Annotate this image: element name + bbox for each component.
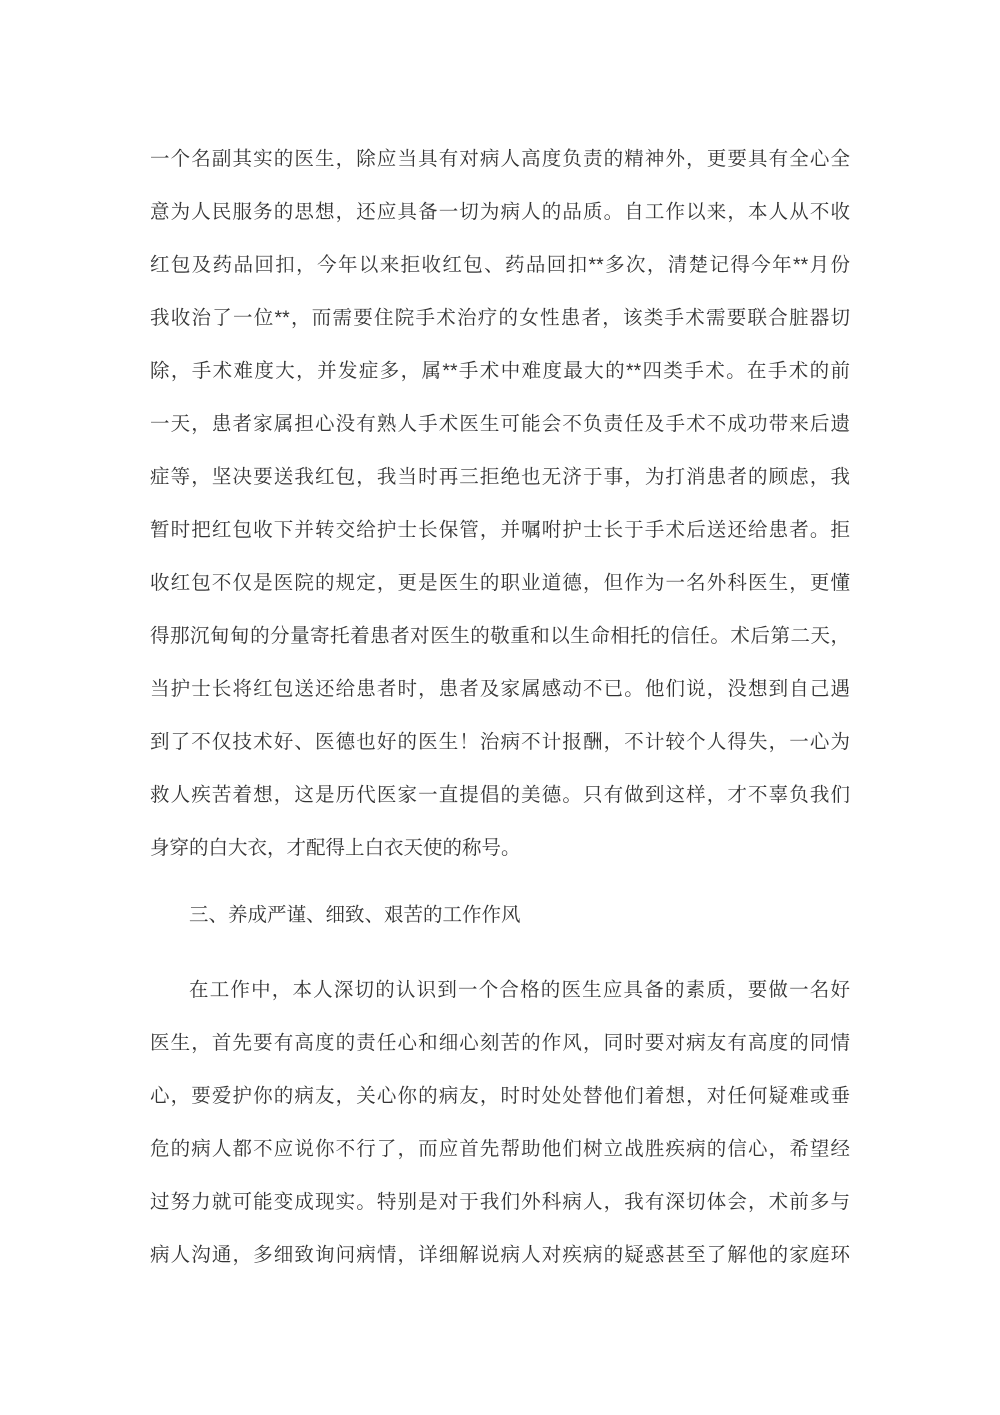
text-line: 当护士长将红包送还给患者时，患者及家属感动不已。他们说，没想到自己遇 — [150, 663, 850, 716]
text-line: 过努力就可能变成现实。特别是对于我们外科病人，我有深切体会，术前多与 — [150, 1176, 850, 1229]
text-line: 医生，首先要有高度的责任心和细心刻苦的作风，同时要对病友有高度的同情 — [150, 1017, 850, 1070]
text-line: 在工作中，本人深切的认识到一个合格的医生应具备的素质，要做一名好 — [150, 964, 850, 1017]
text-line: 红包及药品回扣，今年以来拒收红包、药品回扣**多次，清楚记得今年**月份 — [150, 239, 850, 292]
text-line: 救人疾苦着想，这是历代医家一直提倡的美德。只有做到这样，才不辜负我们 — [150, 769, 850, 822]
text-line: 我收治了一位**，而需要住院手术治疗的女性患者，该类手术需要联合脏器切 — [150, 292, 850, 345]
text-line: 一天，患者家属担心没有熟人手术医生可能会不负责任及手术不成功带来后遗 — [150, 398, 850, 451]
text-line: 意为人民服务的思想，还应具备一切为病人的品质。自工作以来，本人从不收 — [150, 186, 850, 239]
text-line: 到了不仅技术好、医德也好的医生！治病不计报酬，不计较个人得失，一心为 — [150, 716, 850, 769]
section-heading: 三、养成严谨、细致、艰苦的工作作风 — [150, 889, 850, 942]
document-content: 一个名副其实的医生，除应当具有对病人高度负责的精神外，更要具有全心全 意为人民服… — [150, 133, 850, 1282]
paragraph-body: 在工作中，本人深切的认识到一个合格的医生应具备的素质，要做一名好 医生，首先要有… — [150, 964, 850, 1282]
text-line: 一个名副其实的医生，除应当具有对病人高度负责的精神外，更要具有全心全 — [150, 133, 850, 186]
text-line: 身穿的白大衣，才配得上白衣天使的称号。 — [150, 822, 850, 875]
text-line: 暂时把红包收下并转交给护士长保管，并嘱咐护士长于手术后送还给患者。拒 — [150, 504, 850, 557]
text-line: 病人沟通，多细致询问病情，详细解说病人对疾病的疑惑甚至了解他的家庭环 — [150, 1229, 850, 1282]
text-line: 得那沉甸甸的分量寄托着患者对医生的敬重和以生命相托的信任。术后第二天， — [150, 610, 850, 663]
text-line: 收红包不仅是医院的规定，更是医生的职业道德，但作为一名外科医生，更懂 — [150, 557, 850, 610]
paragraph-continued: 一个名副其实的医生，除应当具有对病人高度负责的精神外，更要具有全心全 意为人民服… — [150, 133, 850, 875]
text-line: 症等，坚决要送我红包，我当时再三拒绝也无济于事，为打消患者的顾虑，我 — [150, 451, 850, 504]
document-page: 一个名副其实的医生，除应当具有对病人高度负责的精神外，更要具有全心全 意为人民服… — [0, 0, 1000, 1415]
text-line: 危的病人都不应说你不行了，而应首先帮助他们树立战胜疾病的信心，希望经 — [150, 1123, 850, 1176]
text-line: 除，手术难度大，并发症多，属**手术中难度最大的**四类手术。在手术的前 — [150, 345, 850, 398]
text-line: 心，要爱护你的病友，关心你的病友，时时处处替他们着想，对任何疑难或垂 — [150, 1070, 850, 1123]
